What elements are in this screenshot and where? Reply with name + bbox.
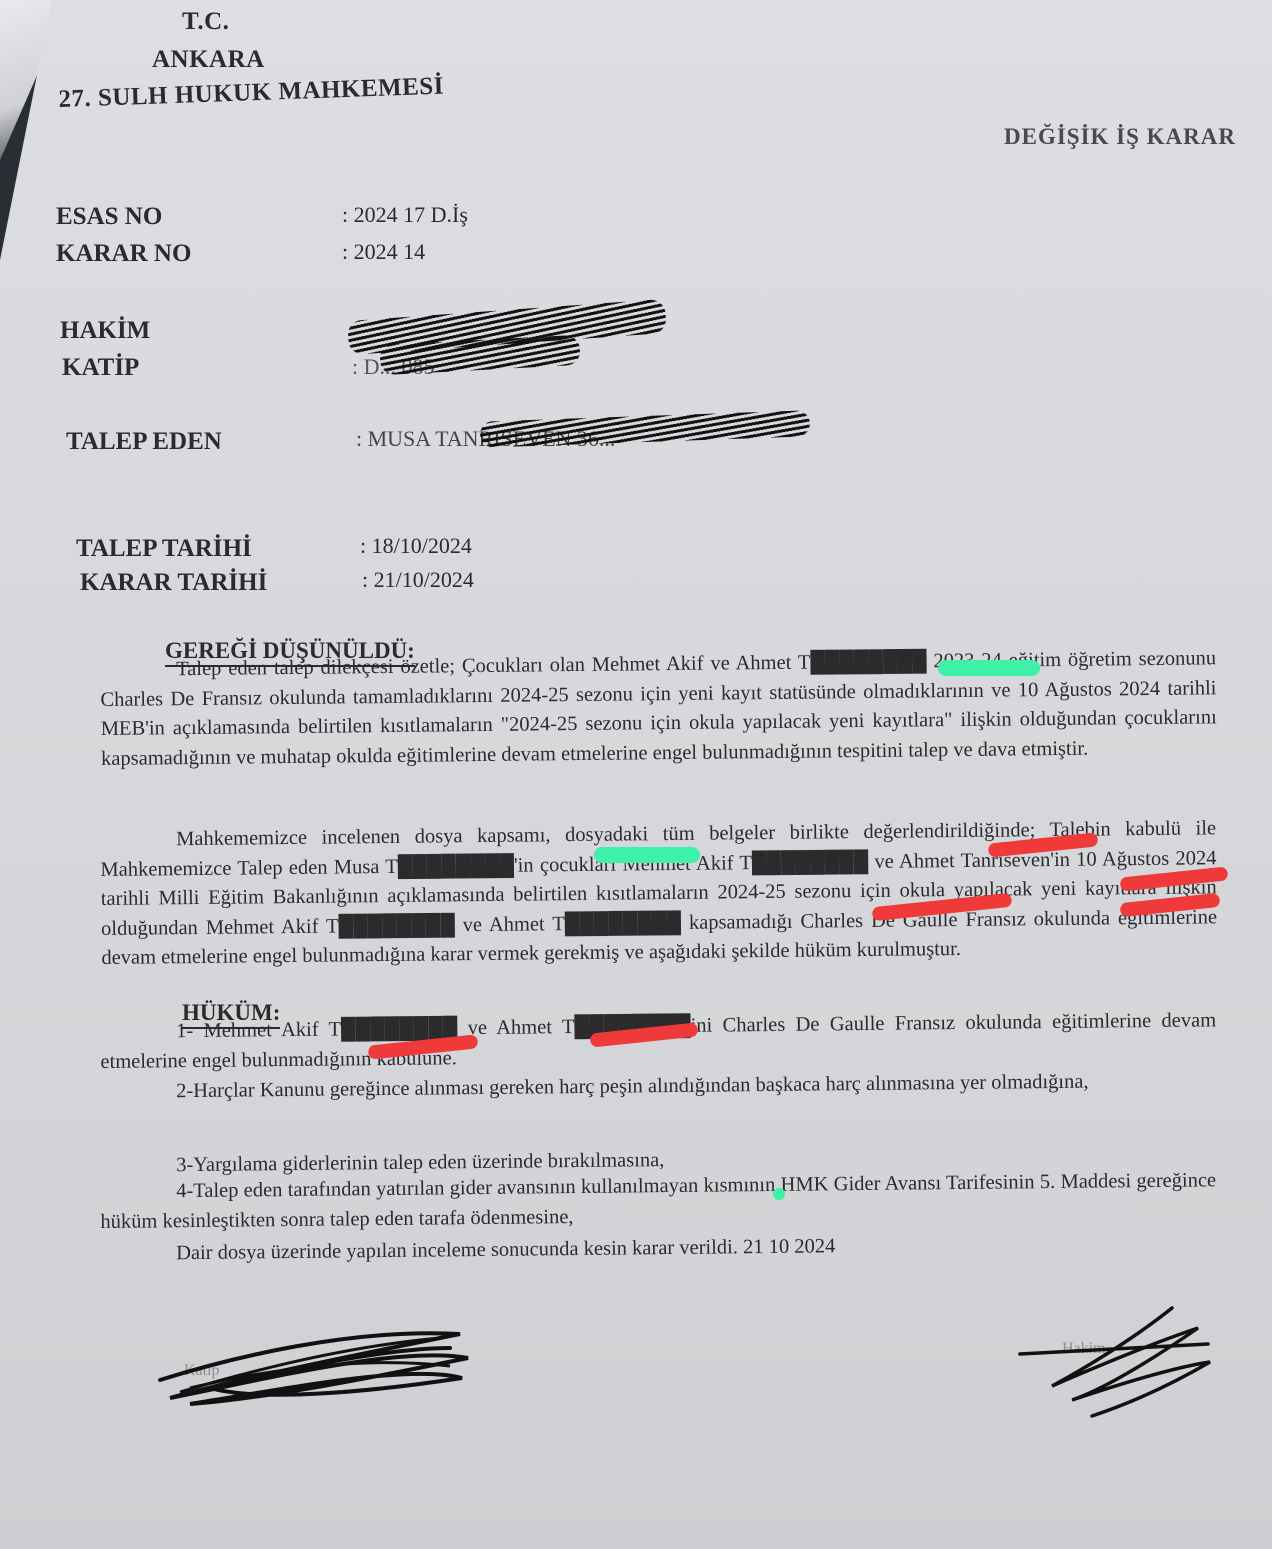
document-page: T.C. ANKARA 27. SULH HUKUK MAHKEMESİ DEĞ… (0, 0, 1272, 1549)
signature-scribble-left (150, 1318, 480, 1408)
redaction-talep-eden (480, 410, 811, 448)
talep-eden-label: TALEP EDEN (66, 428, 222, 456)
paragraph-request-summary: Talep eden talep dilekçesi özetle; Çocuk… (100, 644, 1217, 774)
hukum-item-1: 1- Mehmet Akif T████████ ve Ahmet T█████… (100, 1006, 1217, 1077)
katip-label: KATİP (62, 354, 139, 382)
hakim-label: HAKİM (60, 317, 150, 345)
esas-no-label: ESAS NO (56, 203, 162, 231)
karar-tarihi-label: KARAR TARİHİ (80, 569, 267, 597)
signature-scribble-right (1012, 1300, 1222, 1420)
esas-no-value: : 2024 17 D.İş (342, 202, 468, 228)
karar-no-value: : 2024 14 (342, 239, 425, 265)
green-dot-mark (773, 1188, 785, 1200)
talep-tarihi-label: TALEP TARİHİ (76, 535, 252, 563)
document-type: DEĞİŞİK İŞ KARAR (1004, 124, 1236, 150)
karar-tarihi-value: : 21/10/2024 (362, 567, 474, 593)
header-city: ANKARA (152, 46, 265, 74)
redaction-green-2 (594, 847, 700, 863)
header-court: 27. SULH HUKUK MAHKEMESİ (58, 73, 444, 114)
karar-no-label: KARAR NO (56, 240, 191, 268)
header-country: T.C. (182, 8, 229, 36)
redaction-green-1 (938, 660, 1040, 676)
hukum-item-4: 4-Talep eden tarafından yatırılan gider … (100, 1166, 1217, 1237)
talep-tarihi-value: : 18/10/2024 (360, 533, 472, 559)
